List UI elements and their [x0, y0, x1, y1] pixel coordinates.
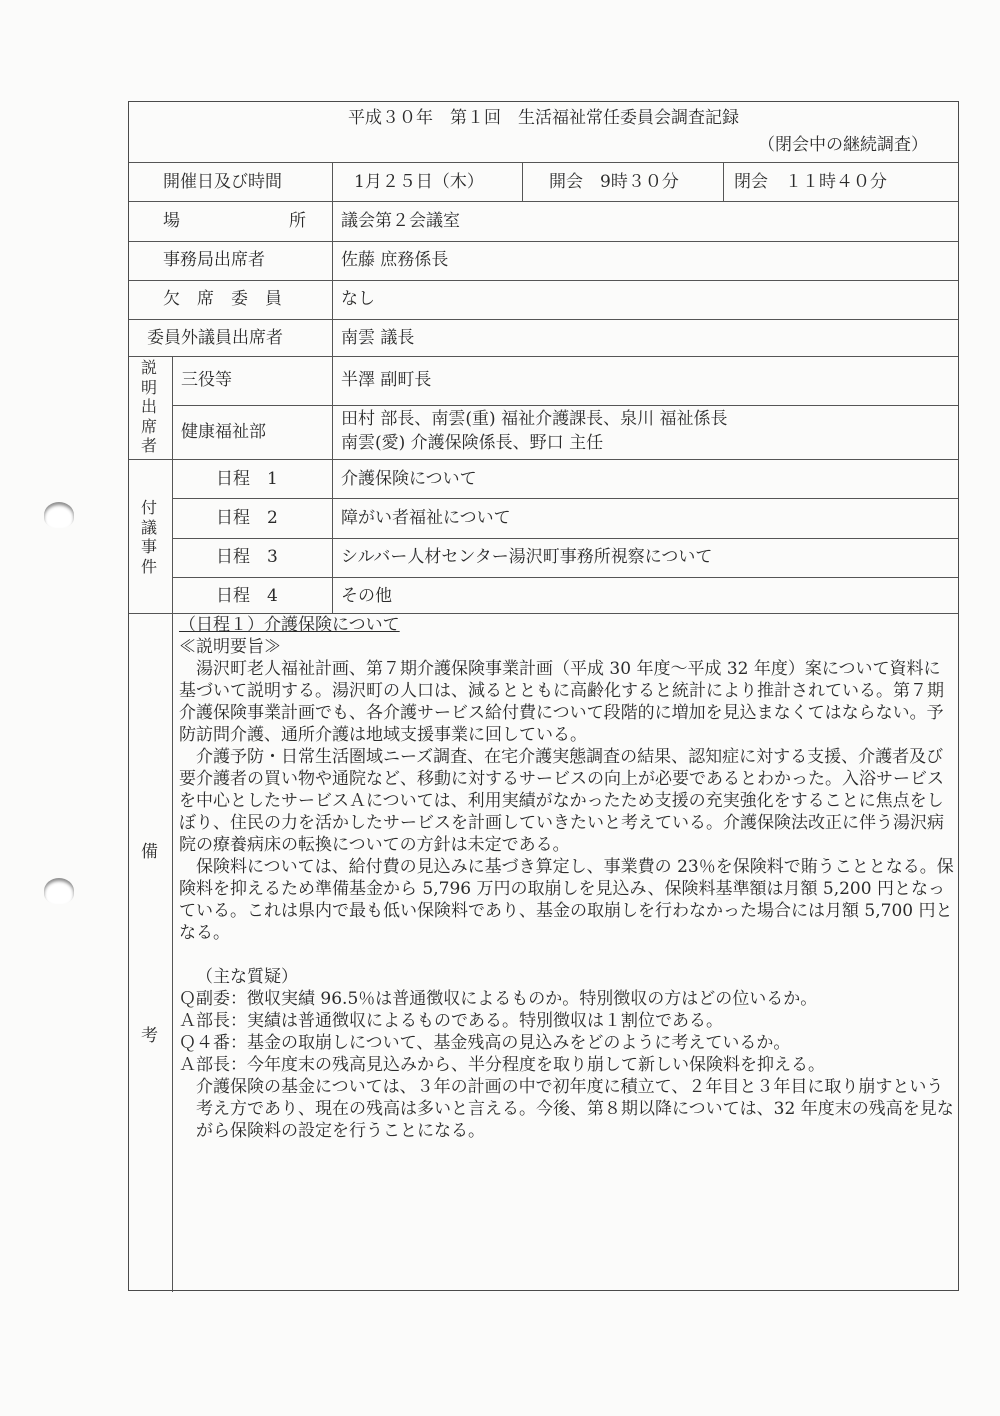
agenda-item-value: 障がい者福祉について: [341, 508, 511, 528]
agenda-item-value: その他: [341, 586, 392, 606]
punch-hole-top: [44, 502, 74, 528]
date-label: 開催日及び時間: [163, 172, 282, 192]
qa-heading: （主な質疑）: [179, 966, 955, 988]
open-time: 開会 9時３０分: [549, 172, 679, 192]
explainer-label: 健康福祉部: [181, 422, 266, 442]
meeting-date: 1月２５日（木）: [354, 172, 484, 192]
document-subtitle: （閉会中の継続調査）: [758, 135, 928, 155]
remarks-label-1: 備: [141, 842, 158, 862]
non-member-label: 委員外議員出席者: [147, 328, 283, 348]
absent-label: 欠 席 委 員: [163, 289, 282, 309]
explainers-group-label: 説明出席者: [140, 358, 158, 456]
place-label-1: 場: [163, 211, 180, 231]
remarks-heading: （日程１）介護保険について: [179, 614, 955, 636]
qa-line: Ｑ４番：基金の取崩しについて、基金残高の見込みをどのように考えているか。: [179, 1032, 955, 1054]
place-label-2: 所: [289, 211, 306, 231]
agenda-item-label: 日程 4: [216, 586, 278, 606]
summary-paragraph: 湯沢町老人福祉計画、第７期介護保険事業計画（平成 30 年度～平成 32 年度）…: [179, 658, 955, 746]
remarks-body: （日程１）介護保険について ≪説明要旨≫ 湯沢町老人福祉計画、第７期介護保険事業…: [179, 614, 955, 1142]
explainer-value: 田村 部長、南雲(重) 福祉介護課長、泉川 福祉係長: [341, 409, 727, 429]
summary-paragraph: 保険料については、給付費の見込みに基づき算定し、事業費の 23％を保険料で賄うこ…: [179, 856, 955, 944]
qa-line: Ｑ副委：徴収実績 96.5％は普通徴収によるものか。特別徴収の方はどの位いるか。: [179, 988, 955, 1010]
secretariat-label: 事務局出席者: [163, 250, 265, 270]
agenda-item-value: シルバー人材センター湯沢町事務所視察について: [341, 547, 712, 567]
summary-paragraph: 介護予防・日常生活圏域ニーズ調査、在宅介護実態調査の結果、認知症に対する支援、介…: [179, 746, 955, 856]
document-title: 平成３０年 第１回 生活福祉常任委員会調査記録: [129, 108, 958, 128]
agenda-group-label: 付議事件: [140, 498, 158, 576]
close-time: 閉会 １１時４０分: [734, 172, 887, 192]
qa-line: Ａ部長：実績は普通徴収によるものである。特別徴収は１割位である。: [179, 1010, 955, 1032]
non-member-value: 南雲 議長: [341, 328, 414, 348]
agenda-item-value: 介護保険について: [341, 469, 477, 489]
absent-value: なし: [341, 289, 375, 309]
minutes-table: 平成３０年 第１回 生活福祉常任委員会調査記録 （閉会中の継続調査） 開催日及び…: [128, 101, 959, 1291]
place-value: 議会第２会議室: [341, 211, 460, 231]
secretariat-value: 佐藤 庶務係長: [341, 250, 448, 270]
explainer-value: 半澤 副町長: [341, 370, 431, 390]
remarks-label-2: 考: [141, 1026, 158, 1046]
agenda-item-label: 日程 3: [216, 547, 278, 567]
summary-heading: ≪説明要旨≫: [179, 636, 955, 658]
qa-line: Ａ部長：今年度末の残高見込みから、半分程度を取り崩して新しい保険料を抑える。: [179, 1054, 955, 1076]
explainer-label: 三役等: [181, 370, 232, 390]
qa-continuation: 介護保険の基金については、３年の計画の中で初年度に積立て、２年目と３年目に取り崩…: [179, 1076, 955, 1142]
explainer-value: 南雲(愛) 介護保険係長、野口 主任: [341, 433, 603, 453]
agenda-item-label: 日程 2: [216, 508, 278, 528]
agenda-item-label: 日程 1: [216, 469, 278, 489]
punch-hole-bottom: [44, 878, 74, 904]
